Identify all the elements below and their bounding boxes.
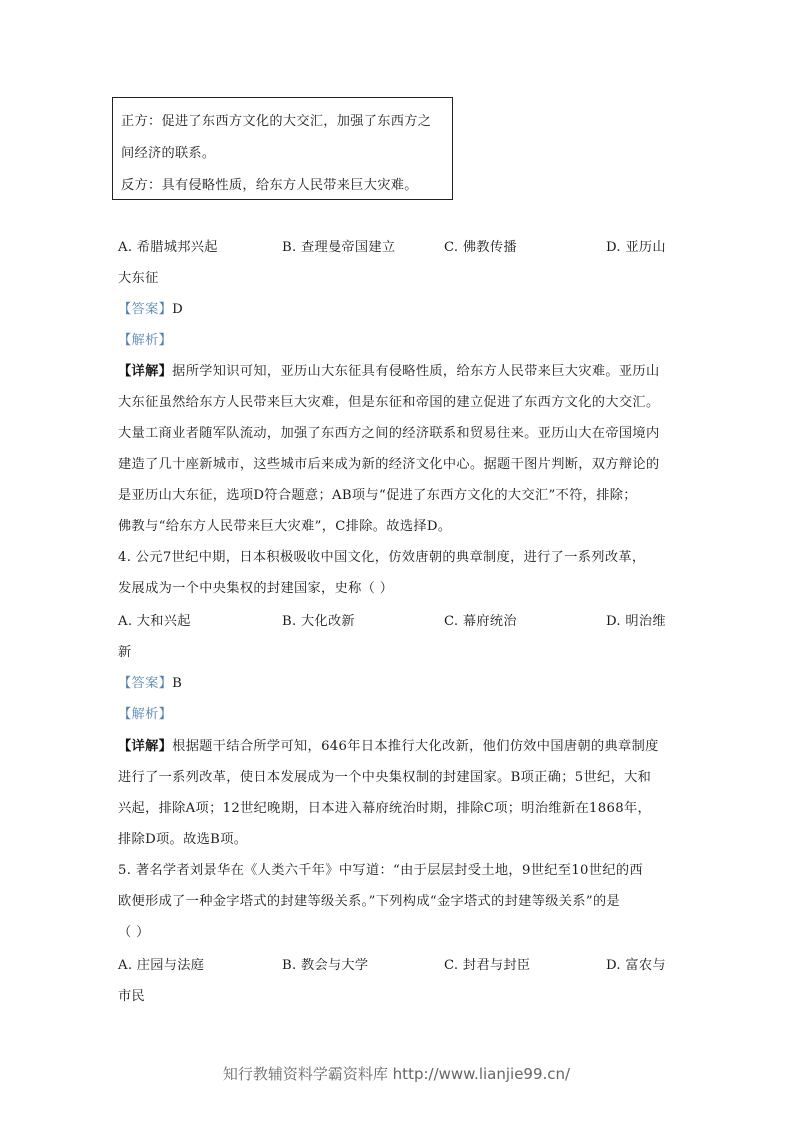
q3-detail-line: 大东征虽然给东方人民带来巨大灾难，但是东征和帝国的建立促进了东西方文化的大交汇。: [118, 393, 660, 413]
q4-option-d: D. 明治维: [606, 612, 666, 632]
q5-option-c: C. 封君与封臣: [444, 956, 530, 976]
debate-line: 间经济的联系。: [121, 138, 452, 170]
q4-option-d-continued: 新: [118, 643, 132, 663]
debate-box: 正方：促进了东西方文化的大交汇，加强了东西方之 间经济的联系。 反方：具有侵略性…: [112, 97, 453, 200]
answer-label: 【答案】: [118, 676, 172, 691]
q3-option-a: A. 希腊城邦兴起: [118, 238, 218, 258]
q5-option-d: D. 富农与: [606, 956, 666, 976]
debate-line: 反方：具有侵略性质，给东方人民带来巨大灾难。: [121, 170, 452, 202]
q3-detail-line: 是亚历山大东征，选项D符合题意；AB项与“促进了东西方文化的大交汇”不符，排除；: [118, 486, 637, 506]
analysis-label: 【解析】: [118, 707, 172, 722]
q4-option-a: A. 大和兴起: [118, 612, 191, 632]
answer-value: B: [172, 676, 182, 691]
q4-detail-line: 兴起，排除A项；12世纪晚期，日本进入幕府统治时期，排除C项；明治维新在1868…: [118, 799, 651, 819]
q4-option-b: B. 大化改新: [282, 612, 355, 632]
q4-stem-line: 发展成为一个中央集权的封建国家，史称（ ）: [118, 579, 393, 599]
q5-option-a: A. 庄园与法庭: [118, 956, 204, 976]
q4-answer: 【答案】B: [118, 674, 182, 694]
q3-detail-line: 【详解】据所学知识可知，亚历山大东征具有侵略性质，给东方人民带来巨大灾难。亚历山: [118, 362, 660, 382]
q4-detail-line: 【详解】根据题干结合所学可知，646年日本推行大化改新，他们仿效中国唐朝的典章制…: [118, 737, 659, 757]
detail-label: 【详解】: [118, 739, 172, 754]
q5-option-d-continued: 市民: [118, 987, 145, 1007]
q3-option-d-continued: 大东征: [118, 269, 159, 289]
q3-detail-line: 大量工商业者随军队流动，加强了东西方之间的经济联系和贸易往来。亚历山大在帝国境内: [118, 424, 660, 444]
answer-value: D: [172, 302, 183, 317]
q3-option-b: B. 查理曼帝国建立: [282, 238, 395, 258]
q3-answer: 【答案】D: [118, 300, 183, 320]
q4-stem-line: 4. 公元7世纪中期，日本积极吸收中国文化，仿效唐朝的典章制度，进行了一系列改革…: [118, 548, 645, 568]
q5-stem-line: 欧便形成了一种金字塔式的封建等级关系。”下列构成“金字塔式的封建等级关系”的是: [118, 892, 620, 912]
q5-stem-line: 5. 著名学者刘景华在《人类六千年》中写道：“由于层层封受土地，9世纪至10世纪…: [118, 861, 643, 881]
q4-analysis-heading: 【解析】: [118, 705, 172, 725]
document-page: 正方：促进了东西方文化的大交汇，加强了东西方之 间经济的联系。 反方：具有侵略性…: [0, 0, 793, 1122]
q3-analysis-heading: 【解析】: [118, 331, 172, 351]
analysis-label: 【解析】: [118, 333, 172, 348]
q4-detail-line: 进行了一系列改革，使日本发展成为一个中央集权制的封建国家。B项正确；5世纪，大和: [118, 768, 651, 788]
q3-option-c: C. 佛教传播: [444, 238, 517, 258]
q3-option-d: D. 亚历山: [606, 238, 666, 258]
footer-watermark: 知行教辅资料学霸资料库 http://www.lianjie99.cn/: [0, 1063, 793, 1084]
q4-option-c: C. 幕府统治: [444, 612, 517, 632]
q5-option-b: B. 教会与大学: [282, 956, 368, 976]
debate-line: 正方：促进了东西方文化的大交汇，加强了东西方之: [121, 106, 452, 138]
detail-label: 【详解】: [118, 364, 172, 379]
q3-detail-line: 建造了几十座新城市，这些城市后来成为新的经济文化中心。据题干图片判断，双方辩论的: [118, 455, 660, 475]
q4-detail-line: 排除D项。故选B项。: [118, 830, 247, 850]
q5-stem-line: （ ）: [118, 923, 150, 943]
answer-label: 【答案】: [118, 302, 172, 317]
q3-detail-line: 佛教与“给东方人民带来巨大灾难”，C排除。故选择D。: [118, 517, 451, 537]
